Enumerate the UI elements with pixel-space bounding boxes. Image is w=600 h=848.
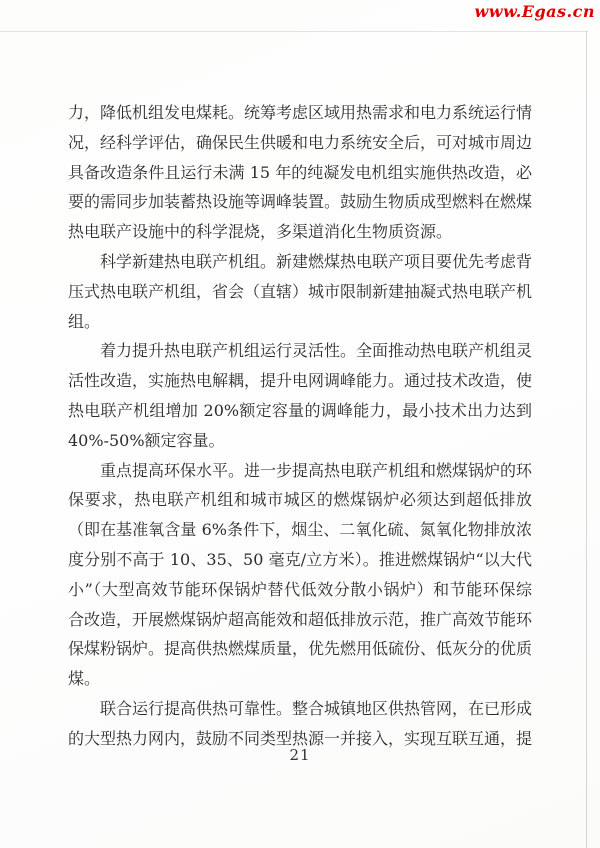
scan-edge-line-horizontal: [0, 31, 588, 32]
paragraph: 科学新建热电联产机组。新建燃煤热电联产项目要优先考虑背压式热电联产机组，省会（直…: [68, 247, 532, 336]
page-number: 21: [0, 746, 600, 764]
scan-edge-line-vertical: [586, 31, 587, 848]
paragraph: 联合运行提高供热可靠性。整合城镇地区供热管网，在已形成的大型热力网内，鼓励不同类…: [68, 694, 532, 754]
document-body: 力，降低机组发电煤耗。统筹考虑区域用热需求和电力系统运行情况，经科学评估，确保民…: [68, 98, 532, 754]
paragraph: 重点提高环保水平。进一步提高热电联产机组和燃煤锅炉的环保要求，热电联产机组和城市…: [68, 456, 532, 694]
paragraph: 力，降低机组发电煤耗。统筹考虑区域用热需求和电力系统运行情况，经科学评估，确保民…: [68, 98, 532, 247]
document-page: www.Egas.cn 力，降低机组发电煤耗。统筹考虑区域用热需求和电力系统运行…: [0, 0, 600, 848]
watermark: www.Egas.cn: [475, 2, 595, 21]
paragraph: 着力提升热电联产机组运行灵活性。全面推动热电联产机组灵活性改造，实施热电解耦，提…: [68, 336, 532, 455]
